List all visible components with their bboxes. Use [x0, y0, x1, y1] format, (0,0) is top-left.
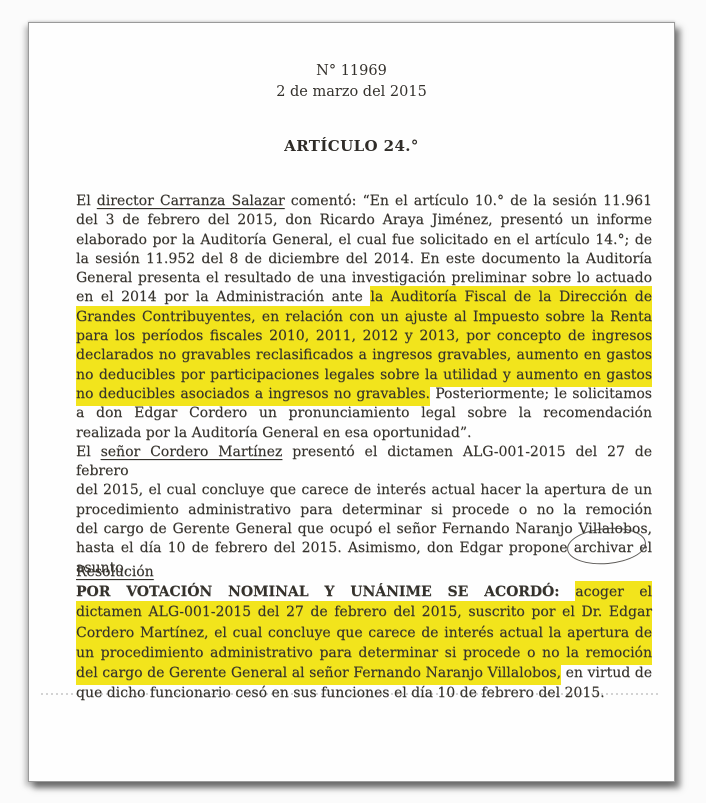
document-line: Cordero Martínez, el cual concluye que c…: [76, 623, 652, 643]
document-line: dictamen ALG-001-2015 del 27 de febrero …: [76, 602, 652, 622]
document-line: del cargo de Gerente General que ocupó e…: [76, 520, 652, 539]
text-segment: del cargo de Gerente General que ocupó e…: [76, 521, 652, 537]
document-line: del 2015, el cual concluye que carece de…: [76, 481, 652, 500]
text-segment: hasta el día 10 de febrero del 2015. Asi…: [76, 540, 574, 556]
document-body: El director Carranza Salazar comentó: “E…: [76, 192, 652, 578]
resolution-section: ResoluciónPOR VOTACIÓN NOMINAL Y UNÁNIME…: [76, 562, 652, 703]
session-date: 2 de marzo del 2015: [29, 82, 674, 103]
scan-artifact-line: [41, 693, 658, 695]
document-line: declarados no gravables reclasificados a…: [76, 346, 652, 365]
document-line: El director Carranza Salazar comentó: “E…: [76, 192, 652, 211]
text-segment: el: [633, 540, 652, 556]
document-line: realizada por la Auditoría General en es…: [76, 424, 652, 443]
text-segment: señor Cordero Martínez: [101, 444, 283, 460]
text-segment: realizada por la Auditoría General en es…: [76, 425, 471, 441]
document-line: un procedimiento administrativo para det…: [76, 643, 652, 663]
document-line: no deducibles asociados a ingresos no gr…: [76, 385, 652, 404]
document-line: hasta el día 10 de febrero del 2015. Asi…: [76, 539, 652, 558]
text-segment: elaborado por la Auditoría General, el c…: [76, 232, 652, 248]
document-line: procedimiento administrativo para determ…: [76, 501, 652, 520]
document-line: POR VOTACIÓN NOMINAL Y UNÁNIME SE ACORDÓ…: [76, 582, 652, 602]
text-segment: director Carranza Salazar: [97, 193, 285, 209]
text-segment: comentó: “En el artículo 10.° de la sesi…: [285, 193, 652, 209]
document-line: la sesión 11.952 del 8 de diciembre del …: [76, 250, 652, 269]
text-segment: POR VOTACIÓN NOMINAL Y UNÁNIME SE ACORDÓ…: [76, 584, 575, 600]
text-segment: Resolución: [76, 564, 154, 580]
text-segment: en el 2014 por la Administración ante: [76, 289, 370, 305]
text-segment: a don Edgar Cordero un pronunciamiento l…: [76, 405, 652, 421]
document-line: elaborado por la Auditoría General, el c…: [76, 231, 652, 250]
document-line: Resolución: [76, 562, 652, 582]
circled-word: archivar: [574, 540, 633, 556]
text-segment: Posteriormente; le solicitamos: [430, 386, 652, 402]
text-segment: General presenta el resultado de una inv…: [76, 270, 652, 286]
text-segment: la sesión 11.952 del 8 de diciembre del …: [76, 251, 652, 267]
document-page: N° 11969 2 de marzo del 2015 ARTÍCULO 24…: [28, 22, 675, 782]
scanned-document-canvas: N° 11969 2 de marzo del 2015 ARTÍCULO 24…: [0, 0, 706, 803]
document-line: El señor Cordero Martínez presentó el di…: [76, 443, 652, 482]
highlighted-text: del cargo de Gerente General al señor Fe…: [76, 662, 561, 685]
highlighted-text: no deducibles asociados a ingresos no gr…: [76, 383, 430, 406]
text-segment: El: [76, 193, 97, 209]
session-number: N° 11969: [29, 61, 674, 82]
document-line: del 3 de febrero del 2015, don Ricardo A…: [76, 211, 652, 230]
document-line: en el 2014 por la Administración ante la…: [76, 288, 652, 307]
text-segment: en virtud de: [561, 665, 652, 681]
text-segment: del 2015, el cual concluye que carece de…: [76, 482, 652, 498]
text-segment: procedimiento administrativo para determ…: [76, 502, 652, 518]
highlighted-text: dictamen ALG-001-2015 del 27 de febrero …: [76, 601, 652, 624]
document-line: a don Edgar Cordero un pronunciamiento l…: [76, 404, 652, 423]
document-line: del cargo de Gerente General al señor Fe…: [76, 663, 652, 683]
text-segment: del 3 de febrero del 2015, don Ricardo A…: [76, 212, 652, 228]
article-title: ARTÍCULO 24.°: [29, 137, 674, 155]
document-header: N° 11969 2 de marzo del 2015: [29, 61, 674, 103]
text-segment: El: [76, 444, 101, 460]
